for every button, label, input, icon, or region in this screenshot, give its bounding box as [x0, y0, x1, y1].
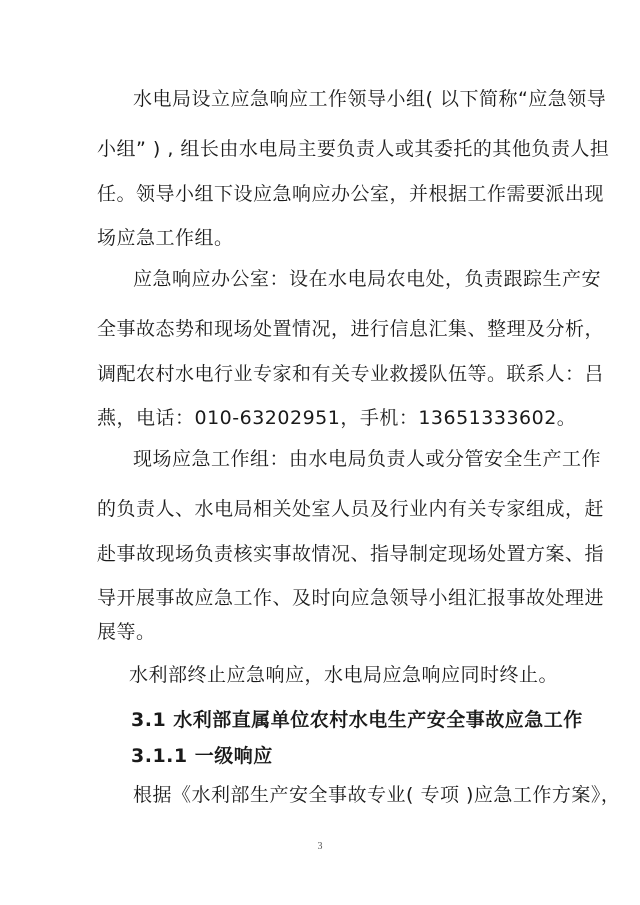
paragraph-2-line-1: 应急响应办公室：设在水电局农电处，负责跟踪生产安 [133, 268, 601, 290]
page-number: 3 [0, 841, 640, 852]
section-heading-3-1: 3.1 水利部直属单位农村水电生产安全事故应急工作 [131, 709, 583, 731]
paragraph-1-line-1: 水电局设立应急响应工作领导小组( 以下简称“应急领导 [133, 88, 606, 110]
paragraph-2-line-4: 燕，电话：010-63202951，手机：13651333602。 [97, 407, 576, 429]
paragraph-5-line-1: 根据《水利部生产安全事故专业( 专项 )应急工作方案》， [133, 784, 620, 806]
section-heading-3-1-1: 3.1.1 一级响应 [131, 745, 273, 767]
paragraph-3-line-2: 的负责人、水电局相关处室人员及行业内有关专家组成，赶 [97, 498, 604, 520]
paragraph-3-line-5: 展等。 [97, 621, 156, 643]
paragraph-1-line-3: 任。领导小组下设应急响应办公室，并根据工作需要派出现 [97, 183, 604, 205]
paragraph-4-line-1: 水利部终止应急响应，水电局应急响应同时终止。 [129, 664, 558, 686]
paragraph-1-line-4: 场应急工作组。 [97, 227, 234, 249]
paragraph-1-line-2: 小组” ) , 组长由水电局主要负责人或其委托的其他负责人担 [97, 138, 609, 160]
paragraph-3-line-1: 现场应急工作组：由水电局负责人或分管安全生产工作 [133, 448, 601, 470]
paragraph-3-line-4: 导开展事故应急工作、及时向应急领导小组汇报事故处理进 [97, 587, 604, 609]
paragraph-3-line-3: 赴事故现场负责核实事故情况、指导制定现场处置方案、指 [97, 543, 604, 565]
paragraph-2-line-2: 全事故态势和现场处置情况，进行信息汇集、整理及分析， [97, 318, 604, 340]
paragraph-2-line-3: 调配农村水电行业专家和有关专业救援队伍等。联系人：吕 [97, 363, 604, 385]
